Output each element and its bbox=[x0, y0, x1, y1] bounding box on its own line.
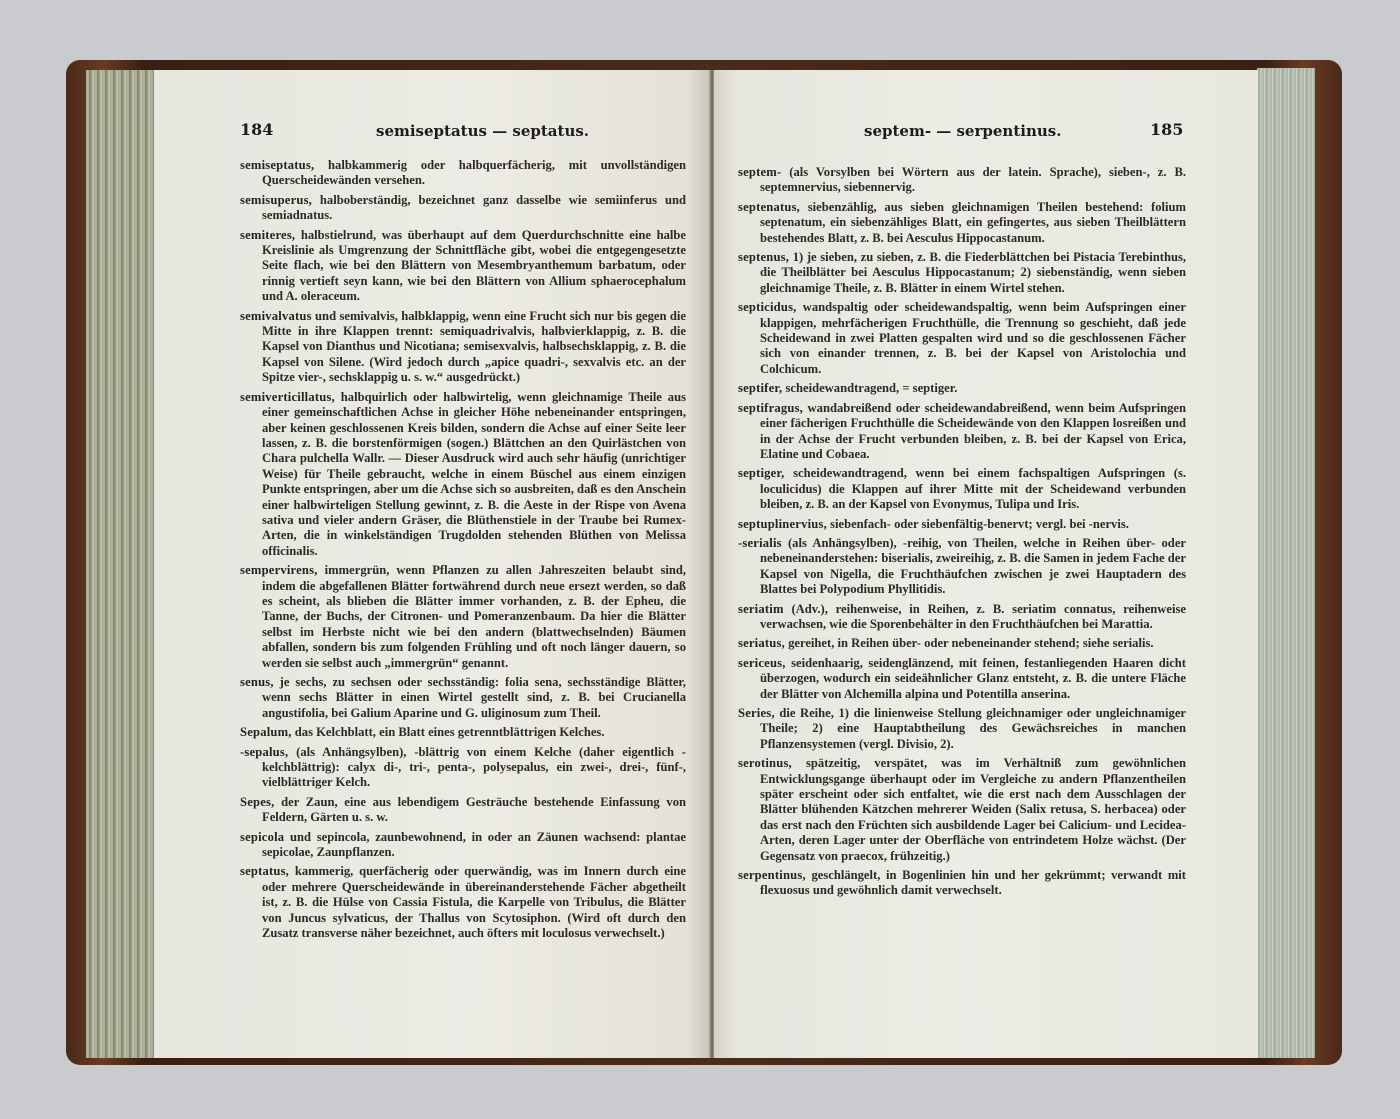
dictionary-entry: sepicola und sepincola, zaunbewohnend, i… bbox=[240, 830, 686, 861]
dictionary-entry: senus, je sechs, zu sechsen oder sechsst… bbox=[240, 675, 686, 721]
entry-definition: seidenhaarig, seidenglänzend, mit feinen… bbox=[760, 656, 1186, 701]
entry-term: septiger, bbox=[738, 466, 784, 480]
running-head-right: septem- — serpentinus. bbox=[864, 122, 1061, 140]
entry-definition: je sechs, zu sechsen oder sechsständig: … bbox=[262, 675, 686, 720]
entry-term: sempervirens, bbox=[240, 563, 318, 577]
entry-definition: siebenfach- oder siebenfältig-benervt; v… bbox=[827, 517, 1129, 531]
entry-term: septem- bbox=[738, 165, 781, 179]
dictionary-entry: -serialis (als Anhängsylben), -reihig, v… bbox=[738, 536, 1186, 598]
dictionary-entry: -sepalus, (als Anhängsylben), -blättrig … bbox=[240, 745, 686, 791]
dictionary-entry: Sepalum, das Kelchblatt, ein Blatt eines… bbox=[240, 725, 686, 740]
entry-definition: 1) je sieben, zu sieben, z. B. die Fiede… bbox=[760, 250, 1186, 295]
entry-definition: scheidewandtragend, = septiger. bbox=[782, 381, 957, 395]
entry-definition: kammerig, querfächerig oder querwändig, … bbox=[262, 864, 686, 940]
dictionary-entry: Sepes, der Zaun, eine aus lebendigem Ges… bbox=[240, 795, 686, 826]
entry-term: seriatus, bbox=[738, 636, 785, 650]
entry-term: senus, bbox=[240, 675, 274, 689]
dictionary-entry: septem- (als Vorsylben bei Wörtern aus d… bbox=[738, 165, 1186, 196]
dictionary-entry: semivalvatus und semivalvis, halbklappig… bbox=[240, 309, 686, 386]
page-number-left: 184 bbox=[240, 120, 273, 139]
dictionary-entry: sericeus, seidenhaarig, seidenglänzend, … bbox=[738, 656, 1186, 702]
entry-definition: (als Anhängsylben), -reihig, von Theilen… bbox=[760, 536, 1186, 596]
entry-term: seriatim bbox=[738, 602, 784, 616]
entry-definition: die Reihe, 1) die linienweise Stellung g… bbox=[760, 706, 1186, 751]
running-head-left: semiseptatus — septatus. bbox=[376, 122, 589, 140]
dictionary-entry: seriatus, gereihet, in Reihen über- oder… bbox=[738, 636, 1186, 651]
entry-definition: halbquirlich oder halbwirtelig, wenn gle… bbox=[262, 390, 686, 558]
entry-definition: gereihet, in Reihen über- oder nebeneina… bbox=[785, 636, 1154, 650]
dictionary-entry: semiteres, halbstielrund, was überhaupt … bbox=[240, 228, 686, 305]
dictionary-entry: semiverticillatus, halbquirlich oder hal… bbox=[240, 390, 686, 559]
entry-term: septuplinervius, bbox=[738, 517, 827, 531]
entry-term: sepicola bbox=[240, 830, 284, 844]
page-edges-right bbox=[1257, 68, 1315, 1058]
entry-definition: der Zaun, eine aus lebendigem Gesträuche… bbox=[262, 795, 686, 824]
entry-definition: und semivalvis, halbklappig, wenn eine F… bbox=[262, 309, 686, 385]
entry-term: semisuperus, bbox=[240, 193, 312, 207]
entry-term: semivalvatus bbox=[240, 309, 312, 323]
entry-term: Sepalum, bbox=[240, 725, 292, 739]
entry-definition: (als Vorsylben bei Wörtern aus der latei… bbox=[760, 165, 1186, 194]
dictionary-entry: seriatim (Adv.), reihenweise, in Reihen,… bbox=[738, 602, 1186, 633]
dictionary-entry: septifer, scheidewandtragend, = septiger… bbox=[738, 381, 1186, 396]
page-edges-left bbox=[86, 70, 156, 1058]
dictionary-entry: serotinus, spätzeitig, verspätet, was im… bbox=[738, 756, 1186, 864]
entry-term: serotinus, bbox=[738, 756, 792, 770]
entry-definition: halbkammerig oder halbquerfächerig, mit … bbox=[262, 158, 686, 187]
entry-term: semiteres, bbox=[240, 228, 295, 242]
dictionary-entry: sempervirens, immergrün, wenn Pflanzen z… bbox=[240, 563, 686, 671]
entry-term: semiseptatus, bbox=[240, 158, 314, 172]
entry-term: septenus, bbox=[738, 250, 789, 264]
dictionary-entry: Series, die Reihe, 1) die linienweise St… bbox=[738, 706, 1186, 752]
entry-term: septatus, bbox=[240, 864, 289, 878]
entry-definition: geschlängelt, in Bogenlinien hin und her… bbox=[760, 868, 1186, 897]
entry-term: serpentinus, bbox=[738, 868, 806, 882]
dictionary-entry: septatus, kammerig, querfächerig oder qu… bbox=[240, 864, 686, 941]
page-number-right: 185 bbox=[1150, 120, 1183, 139]
entry-term: septenatus, bbox=[738, 200, 800, 214]
entry-definition: (als Anhängsylben), -blättrig von einem … bbox=[262, 745, 686, 790]
entry-definition: spätzeitig, verspätet, was im Verhältniß… bbox=[760, 756, 1186, 862]
dictionary-entry: serpentinus, geschlängelt, in Bogenlinie… bbox=[738, 868, 1186, 899]
entry-term: -serialis bbox=[738, 536, 782, 550]
entry-term: septicidus, bbox=[738, 300, 797, 314]
entry-list-right: septem- (als Vorsylben bei Wörtern aus d… bbox=[738, 165, 1186, 903]
entry-definition: immergrün, wenn Pflanzen zu allen Jahres… bbox=[262, 563, 686, 669]
dictionary-entry: septenatus, siebenzählig, aus sieben gle… bbox=[738, 200, 1186, 246]
entry-definition: scheidewandtragend, wenn bei einem fachs… bbox=[760, 466, 1186, 511]
entry-term: semiverticillatus, bbox=[240, 390, 335, 404]
entry-term: Series, bbox=[738, 706, 775, 720]
dictionary-entry: septenus, 1) je sieben, zu sieben, z. B.… bbox=[738, 250, 1186, 296]
entry-term: Sepes, bbox=[240, 795, 274, 809]
entry-term: sericeus, bbox=[738, 656, 786, 670]
left-page: 184 semiseptatus — septatus. semiseptatu… bbox=[154, 70, 710, 1058]
dictionary-entry: septuplinervius, siebenfach- oder sieben… bbox=[738, 517, 1186, 532]
right-page: septem- — serpentinus. 185 septem- (als … bbox=[714, 70, 1258, 1058]
entry-definition: das Kelchblatt, ein Blatt eines getrennt… bbox=[292, 725, 605, 739]
dictionary-entry: semiseptatus, halbkammerig oder halbquer… bbox=[240, 158, 686, 189]
entry-term: septifragus, bbox=[738, 401, 803, 415]
entry-definition: wandspaltig oder scheidewandspaltig, wen… bbox=[760, 300, 1186, 376]
entry-definition: wandabreißend oder scheidewandabreißend,… bbox=[760, 401, 1186, 461]
entry-term: -sepalus, bbox=[240, 745, 288, 759]
dictionary-entry: septifragus, wandabreißend oder scheidew… bbox=[738, 401, 1186, 463]
entry-definition: und sepincola, zaunbewohnend, in oder an… bbox=[262, 830, 686, 859]
entry-list-left: semiseptatus, halbkammerig oder halbquer… bbox=[240, 158, 686, 946]
dictionary-entry: semisuperus, halboberständig, bezeichnet… bbox=[240, 193, 686, 224]
dictionary-entry: septicidus, wandspaltig oder scheidewand… bbox=[738, 300, 1186, 377]
entry-term: septifer, bbox=[738, 381, 782, 395]
entry-definition: (Adv.), reihenweise, in Reihen, z. B. se… bbox=[760, 602, 1186, 631]
dictionary-entry: septiger, scheidewandtragend, wenn bei e… bbox=[738, 466, 1186, 512]
entry-definition: halboberständig, bezeichnet ganz dasselb… bbox=[262, 193, 686, 222]
entry-definition: halbstielrund, was überhaupt auf dem Que… bbox=[262, 228, 686, 304]
entry-definition: siebenzählig, aus sieben gleichnamigen T… bbox=[760, 200, 1186, 245]
